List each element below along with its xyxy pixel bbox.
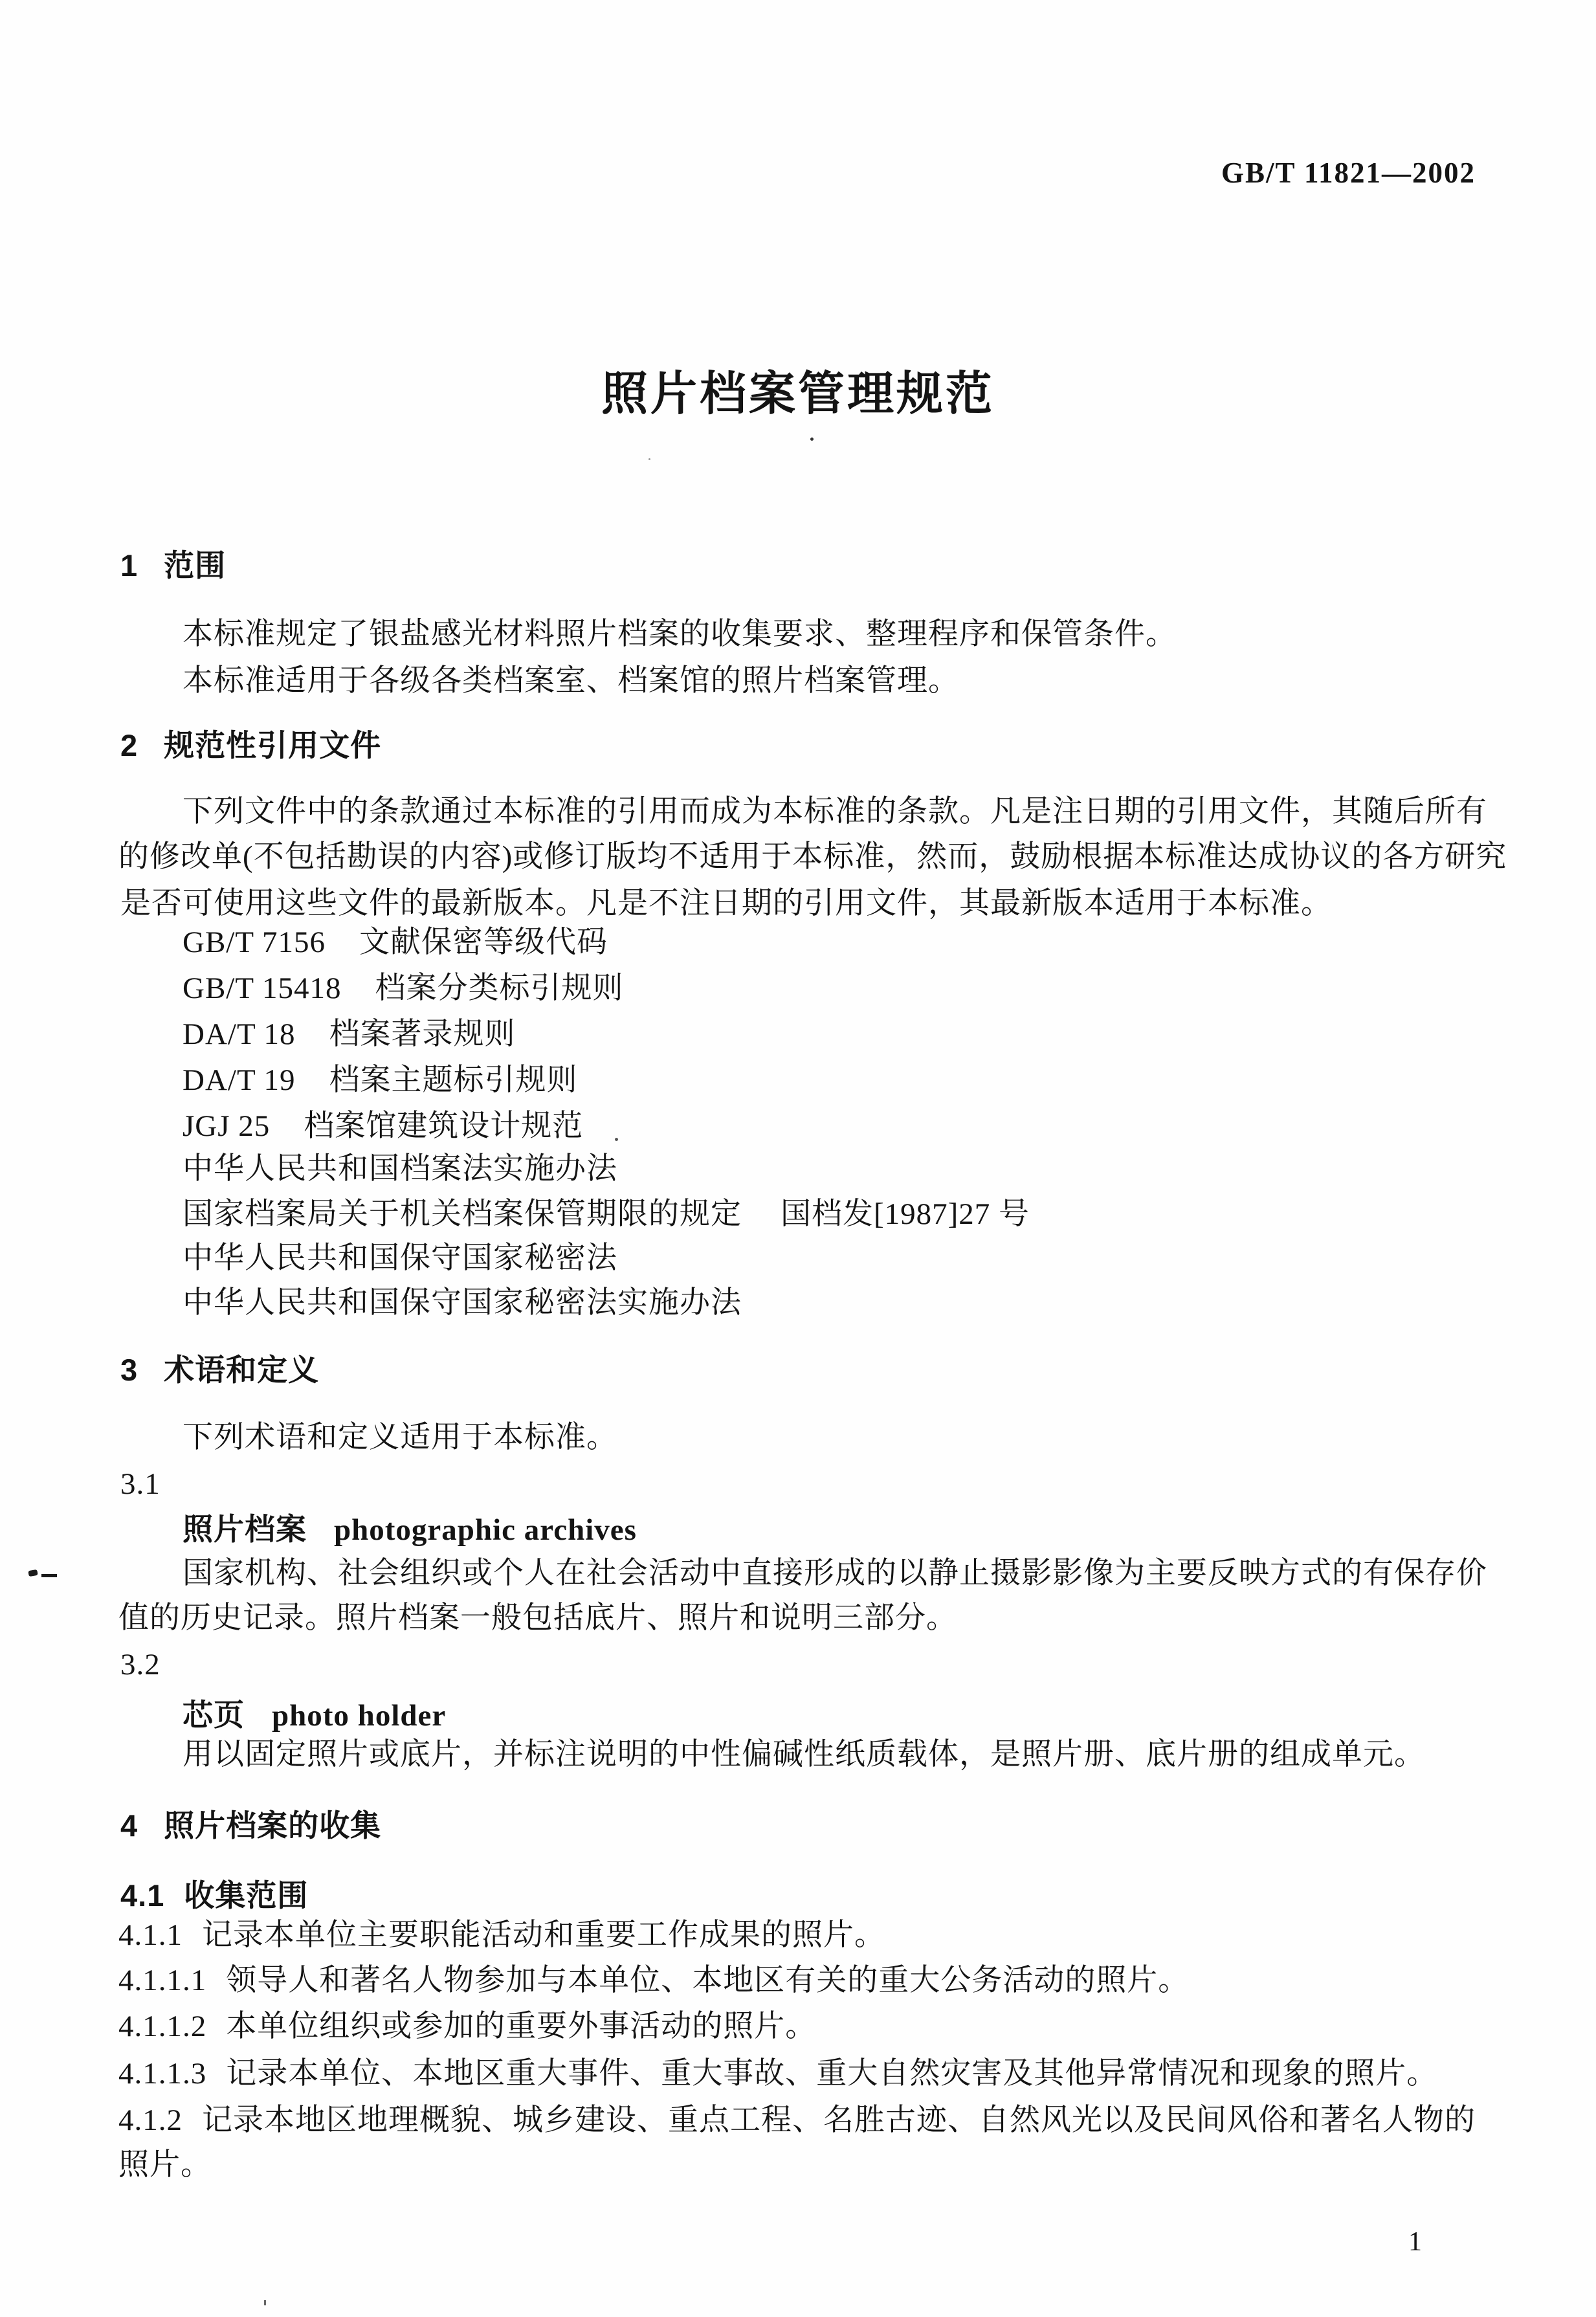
scan-speck xyxy=(648,458,650,460)
reference-code: DA/T 19 xyxy=(183,1063,296,1097)
clause-text: 本单位组织或参加的重要外事活动的照片。 xyxy=(226,2010,816,2043)
reference-item: 中华人民共和国档案法实施办法 xyxy=(183,1153,656,1185)
term-2-number: 3.2 xyxy=(120,1649,161,1681)
section-4-heading-text: 照片档案的收集 xyxy=(164,1808,381,1843)
reference-title: 中华人民共和国保守国家秘密法 xyxy=(183,1241,617,1275)
reference-title: 档案馆建筑设计规范 xyxy=(304,1109,583,1143)
clause-number: 4.1.1.2 xyxy=(118,2010,206,2043)
term-1-title: 照片档案photographic archives xyxy=(183,1513,637,1546)
section-1-paragraph-line: 本标准规定了银盐感光材料照片档案的收集要求、整理程序和保管条件。 xyxy=(183,619,1177,650)
term-1-zh: 照片档案 xyxy=(183,1512,307,1546)
scan-speck xyxy=(264,2300,266,2305)
section-2-heading-text: 规范性引用文件 xyxy=(164,728,381,762)
section-2-heading: 2规范性引用文件 xyxy=(120,729,381,761)
section-2-paragraph-line: 的修改单(不包括勘误的内容)或修订版均不适用于本标准，然而，鼓励根据本标准达成协… xyxy=(118,841,1507,873)
scan-speck xyxy=(810,438,814,441)
clause-number: 4.1.1 xyxy=(118,1918,183,1952)
clause-text: 记录本地区地理概貌、城乡建设、重点工程、名胜古迹、自然风光以及民间风俗和著名人物… xyxy=(202,2103,1476,2137)
section-1-heading-text: 范围 xyxy=(164,548,226,582)
section-1-number: 1 xyxy=(120,548,138,582)
reference-title: 文献保密等级代码 xyxy=(359,926,608,959)
reference-item: GB/T 7156文献保密等级代码 xyxy=(183,927,608,959)
clause-number: 4.1.1.1 xyxy=(118,1964,206,1997)
scan-artifact xyxy=(41,1574,57,1577)
clause-4-1-1-2: 4.1.1.2本单位组织或参加的重要外事活动的照片。 xyxy=(118,2011,816,2043)
reference-title: 国家档案局关于机关档案保管期限的规定 xyxy=(183,1197,742,1231)
clause-4-1-2-continuation: 照片。 xyxy=(118,2149,212,2181)
scan-artifact xyxy=(28,1569,38,1577)
section-4-heading: 4照片档案的收集 xyxy=(120,1810,381,1841)
reference-title: 档案著录规则 xyxy=(329,1017,516,1051)
reference-title: 档案分类标引规则 xyxy=(375,971,623,1005)
section-4-1-heading-text: 收集范围 xyxy=(184,1878,308,1912)
reference-item: GB/T 15418档案分类标引规则 xyxy=(183,973,623,1004)
reference-doc-number: 国档发[1987]27 号 xyxy=(781,1197,1030,1231)
clause-4-1-1-3: 4.1.1.3记录本单位、本地区重大事件、重大事故、重大自然灾害及其他异常情况和… xyxy=(118,2058,1437,2090)
term-2-en: photo holder xyxy=(272,1699,446,1733)
section-1-paragraph-line: 本标准适用于各级各类档案室、档案馆的照片档案管理。 xyxy=(183,665,959,697)
reference-code: JGJ 25 xyxy=(183,1109,270,1143)
term-1-en: photographic archives xyxy=(334,1513,637,1547)
doc-code: GB/T 11821—2002 xyxy=(1221,158,1476,188)
clause-4-1-1: 4.1.1记录本单位主要职能活动和重要工作成果的照片。 xyxy=(118,1920,885,1951)
reference-code: GB/T 7156 xyxy=(183,926,326,959)
clause-text: 领导人和著名人物参加与本单位、本地区有关的重大公务活动的照片。 xyxy=(226,1964,1189,1997)
section-4-1-heading: 4.1收集范围 xyxy=(120,1879,308,1911)
section-1-heading: 1范围 xyxy=(120,549,226,581)
clause-text: 记录本单位、本地区重大事件、重大事故、重大自然灾害及其他异常情况和现象的照片。 xyxy=(226,2057,1437,2090)
section-3-intro: 下列术语和定义适用于本标准。 xyxy=(183,1422,617,1454)
clause-4-1-2: 4.1.2记录本地区地理概貌、城乡建设、重点工程、名胜古迹、自然风光以及民间风俗… xyxy=(118,2105,1476,2136)
section-3-number: 3 xyxy=(120,1353,138,1387)
term-2-definition-line: 用以固定照片或底片，并标注说明的中性偏碱性纸质载体，是照片册、底片册的组成单元。 xyxy=(183,1739,1425,1771)
reference-item: 中华人民共和国保守国家秘密法 xyxy=(183,1243,656,1274)
section-2-paragraph-line: 是否可使用这些文件的最新版本。凡是不注日期的引用文件，其最新版本适用于本标准。 xyxy=(120,888,1332,920)
clause-number: 4.1.1.3 xyxy=(118,2057,206,2090)
reference-code: GB/T 15418 xyxy=(183,971,341,1005)
term-1-number: 3.1 xyxy=(120,1469,161,1500)
clause-number: 4.1.2 xyxy=(118,2103,183,2137)
reference-title: 中华人民共和国保守国家秘密法实施办法 xyxy=(183,1286,742,1320)
scan-speck xyxy=(615,1138,618,1141)
section-3-heading: 3术语和定义 xyxy=(120,1354,319,1386)
reference-item: DA/T 19档案主题标引规则 xyxy=(183,1065,578,1096)
section-2-number: 2 xyxy=(120,728,138,762)
reference-title: 档案主题标引规则 xyxy=(329,1063,578,1097)
section-4-1-number: 4.1 xyxy=(120,1878,164,1912)
reference-code: DA/T 18 xyxy=(183,1017,296,1051)
reference-item: 中华人民共和国保守国家秘密法实施办法 xyxy=(183,1287,781,1319)
section-2-paragraph-line: 下列文件中的条款通过本标准的引用而成为本标准的条款。凡是注日期的引用文件，其随后… xyxy=(183,796,1487,828)
document-page: GB/T 11821—2002 照片档案管理规范 1范围 本标准规定了银盐感光材… xyxy=(0,0,1596,2317)
reference-item: 国家档案局关于机关档案保管期限的规定国档发[1987]27 号 xyxy=(183,1199,1030,1230)
section-3-heading-text: 术语和定义 xyxy=(164,1353,319,1387)
term-2-zh: 芯页 xyxy=(183,1698,245,1732)
reference-title: 中华人民共和国档案法实施办法 xyxy=(183,1152,617,1186)
section-4-number: 4 xyxy=(120,1808,138,1843)
clause-4-1-1-1: 4.1.1.1领导人和著名人物参加与本单位、本地区有关的重大公务活动的照片。 xyxy=(118,1965,1189,1997)
reference-item: JGJ 25档案馆建筑设计规范 xyxy=(183,1111,583,1142)
clause-text: 记录本单位主要职能活动和重要工作成果的照片。 xyxy=(202,1918,885,1952)
reference-item: DA/T 18档案著录规则 xyxy=(183,1019,516,1050)
page-number: 1 xyxy=(1408,2228,1423,2256)
term-1-definition-line: 值的历史记录。照片档案一般包括底片、照片和说明三部分。 xyxy=(118,1602,957,1634)
term-1-definition-line: 国家机构、社会组织或个人在社会活动中直接形成的以静止摄影影像为主要反映方式的有保… xyxy=(183,1558,1487,1590)
document-title: 照片档案管理规范 xyxy=(0,370,1596,419)
term-2-title: 芯页photo holder xyxy=(183,1699,446,1732)
